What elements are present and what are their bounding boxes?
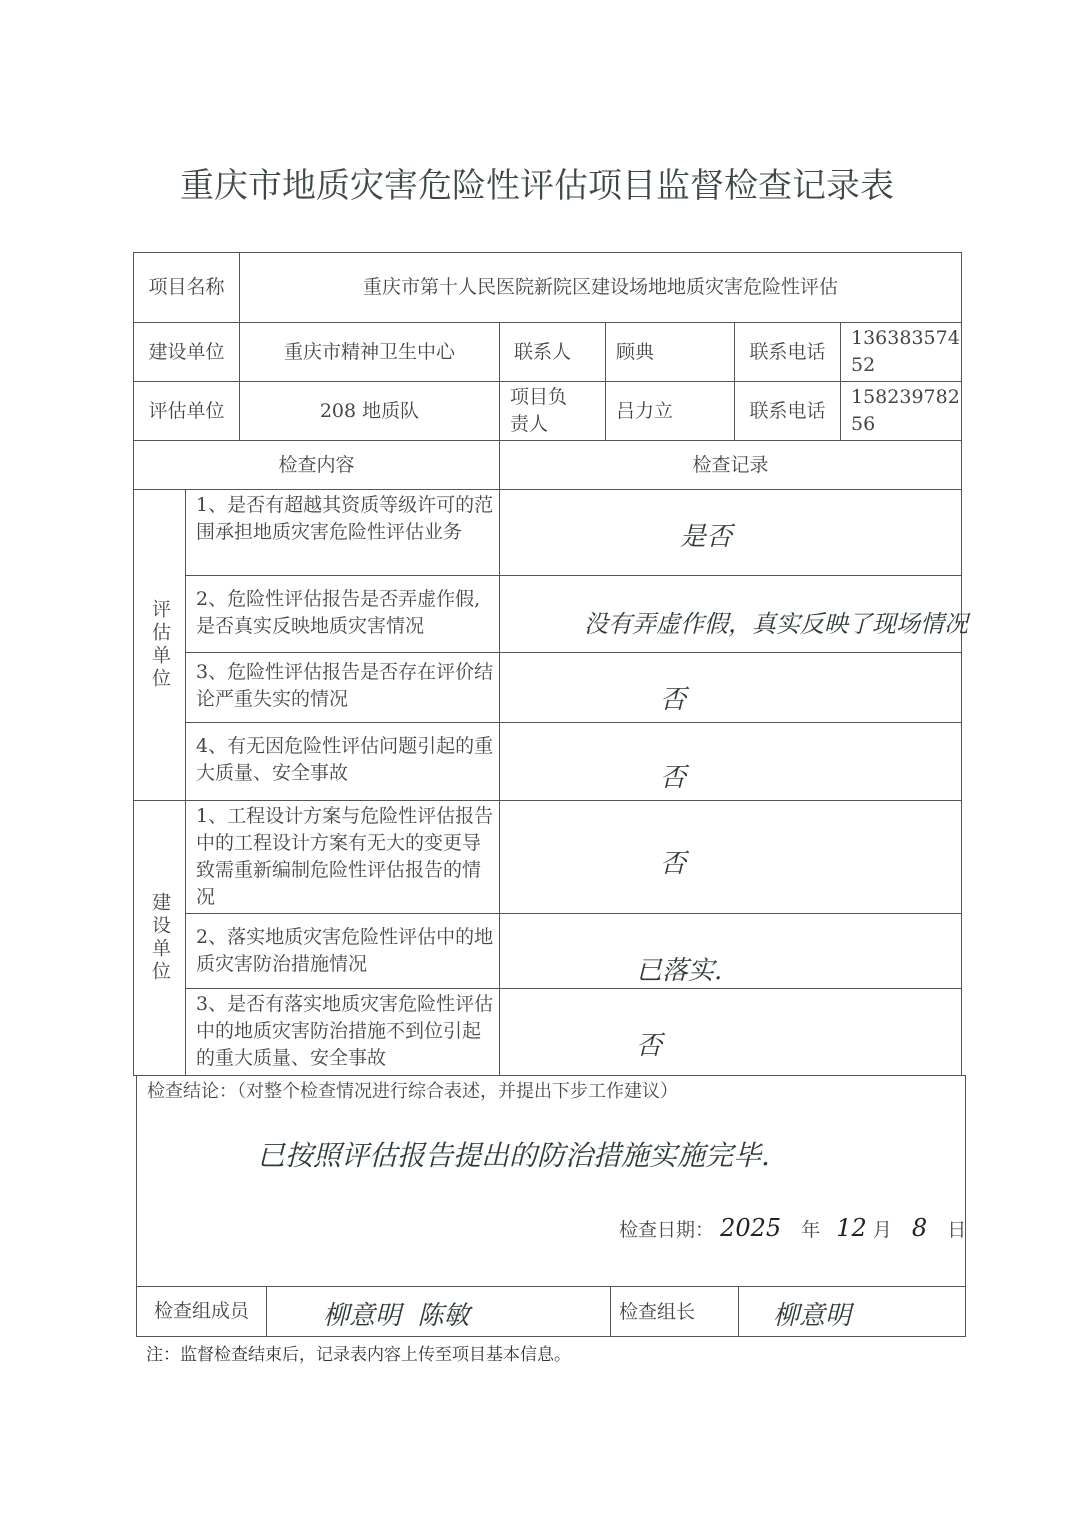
- evaluator-phone-line2: 56: [851, 411, 875, 438]
- project-name-label: 项目名称: [134, 253, 239, 322]
- date-year: 2025: [720, 1214, 781, 1242]
- eval-item-4-text: 4、有无因危险性评估问题引起的重大质量、安全事故: [196, 733, 496, 787]
- builder-phone-line2: 52: [851, 352, 875, 379]
- contact-label: 联系人: [500, 323, 585, 381]
- date-day: 8: [912, 1214, 927, 1242]
- project-name-value: 重庆市第十人民医院新院区建设场地地质灾害危险性评估: [240, 253, 961, 322]
- eval-record-4: 否: [499, 722, 962, 801]
- build-record-2: 已落实.: [499, 913, 962, 989]
- evaluator-label: 评估单位: [134, 382, 239, 440]
- eval-record-1: 是否: [499, 489, 962, 576]
- content-header: 检查内容: [134, 441, 499, 489]
- leader-signature-cell: 柳意明: [738, 1286, 966, 1337]
- builder-section-label: 建设单位: [134, 801, 185, 1075]
- build-record-2-handwriting: 已落实.: [636, 950, 722, 987]
- footnote: 注：监督检查结束后，记录表内容上传至项目基本信息。: [146, 1340, 571, 1365]
- builder-phone-label: 联系电话: [735, 323, 840, 381]
- content-header-cell: 检查内容: [133, 440, 500, 490]
- leader-label-line1: 项目负: [510, 384, 567, 411]
- eval-record-1-handwriting: 是否: [680, 516, 732, 553]
- evaluator-label-cell: 评估单位: [133, 381, 240, 441]
- leader-value: 吕力立: [616, 398, 673, 425]
- project-name-label-cell: 项目名称: [133, 252, 240, 323]
- builder-section-label-cell: 建设单位: [133, 800, 186, 1076]
- date-day-unit: 日: [947, 1219, 966, 1241]
- inspection-date: 检查日期： 2025 年 12 月 8 日: [619, 1214, 966, 1242]
- eval-record-3: 否: [499, 652, 962, 723]
- build-record-1: 否: [499, 800, 962, 914]
- evaluator-phone-line1: 158239782: [851, 384, 960, 411]
- eval-record-3-handwriting: 否: [660, 679, 686, 716]
- builder-value-cell: 重庆市精神卫生中心: [239, 322, 500, 382]
- evaluator-phone-label-cell: 联系电话: [734, 381, 841, 441]
- conclusion-label: 检查结论：（对整个检查情况进行综合表述，并提出下步工作建议）: [147, 1078, 678, 1105]
- eval-item-1-text: 1、是否有超越其资质等级许可的范围承担地质灾害危险性评估业务: [196, 492, 496, 546]
- build-item-3-text: 3、是否有落实地质灾害危险性评估中的地质灾害防治措施不到位引起的重大质量、安全事…: [196, 991, 496, 1072]
- eval-item-4: 4、有无因危险性评估问题引起的重大质量、安全事故: [185, 722, 500, 801]
- eval-item-2-text: 2、危险性评估报告是否弄虚作假,是否真实反映地质灾害情况: [196, 586, 496, 640]
- eval-record-2: 没有弄虚作假，真实反映了现场情况: [499, 575, 962, 653]
- date-year-unit: 年: [801, 1219, 820, 1241]
- builder-phone-line1: 136383574: [851, 325, 960, 352]
- build-item-3: 3、是否有落实地质灾害危险性评估中的地质灾害防治措施不到位引起的重大质量、安全事…: [185, 988, 500, 1076]
- builder-label: 建设单位: [134, 323, 239, 381]
- build-item-1: 1、工程设计方案与危险性评估报告中的工程设计方案有无大的变更导致需重新编制危险性…: [185, 800, 500, 914]
- build-item-2: 2、落实地质灾害危险性评估中的地质灾害防治措施情况: [185, 913, 500, 989]
- evaluator-section-label-cell: 评估单位: [133, 489, 186, 801]
- eval-item-3: 3、危险性评估报告是否存在评价结论严重失实的情况: [185, 652, 500, 723]
- page-title: 重庆市地质灾害危险性评估项目监督检查记录表: [0, 158, 1074, 207]
- conclusion-handwriting: 已按照评估报告提出的防治措施实施完毕.: [257, 1134, 770, 1174]
- eval-item-1: 1、是否有超越其资质等级许可的范围承担地质灾害危险性评估业务: [185, 489, 500, 576]
- builder-value: 重庆市精神卫生中心: [240, 323, 499, 381]
- members-label-cell: 检查组成员: [136, 1286, 267, 1337]
- build-item-2-text: 2、落实地质灾害危险性评估中的地质灾害防治措施情况: [196, 924, 496, 978]
- evaluator-phone-label: 联系电话: [735, 382, 840, 440]
- contact-label-cell: 联系人: [499, 322, 606, 382]
- contact-value: 顾典: [616, 339, 654, 366]
- evaluator-value: 208 地质队: [240, 382, 499, 440]
- builder-phone-label-cell: 联系电话: [734, 322, 841, 382]
- build-item-1-text: 1、工程设计方案与危险性评估报告中的工程设计方案有无大的变更导致需重新编制危险性…: [196, 803, 496, 911]
- group-leader-signature: 柳意明: [773, 1295, 851, 1332]
- evaluator-section-label: 评估单位: [134, 490, 185, 800]
- members-signature-cell: 柳意明 陈敏: [266, 1286, 611, 1337]
- eval-record-2-handwriting: 没有弄虚作假，真实反映了现场情况: [584, 604, 968, 639]
- build-record-1-handwriting: 否: [660, 843, 686, 880]
- evaluator-phone-cell: 158239782 56: [840, 381, 962, 441]
- record-header-cell: 检查记录: [499, 440, 962, 490]
- date-month: 12: [836, 1214, 867, 1242]
- members-label: 检查组成员: [137, 1287, 266, 1336]
- eval-item-3-text: 3、危险性评估报告是否存在评价结论严重失实的情况: [196, 659, 496, 713]
- leader-sign-label-cell: 检查组长: [610, 1286, 739, 1337]
- record-header: 检查记录: [500, 441, 961, 489]
- leader-value-cell: 吕力立: [605, 381, 735, 441]
- builder-label-cell: 建设单位: [133, 322, 240, 382]
- builder-phone-cell: 136383574 52: [840, 322, 962, 382]
- contact-value-cell: 顾典: [605, 322, 735, 382]
- members-signature: 柳意明 陈敏: [323, 1295, 470, 1332]
- leader-label-cell: 项目负 责人: [499, 381, 606, 441]
- project-name-value-cell: 重庆市第十人民医院新院区建设场地地质灾害危险性评估: [239, 252, 962, 323]
- conclusion-cell: 检查结论：（对整个检查情况进行综合表述，并提出下步工作建议） 已按照评估报告提出…: [136, 1075, 966, 1287]
- evaluator-value-cell: 208 地质队: [239, 381, 500, 441]
- eval-item-2: 2、危险性评估报告是否弄虚作假,是否真实反映地质灾害情况: [185, 575, 500, 653]
- build-record-3-handwriting: 否: [636, 1025, 662, 1062]
- group-leader-label: 检查组长: [619, 1299, 695, 1326]
- eval-record-4-handwriting: 否: [660, 757, 686, 794]
- leader-label-line2: 责人: [510, 411, 548, 438]
- date-month-unit: 月: [873, 1219, 892, 1241]
- build-record-3: 否: [499, 988, 962, 1076]
- date-label: 检查日期：: [619, 1219, 714, 1241]
